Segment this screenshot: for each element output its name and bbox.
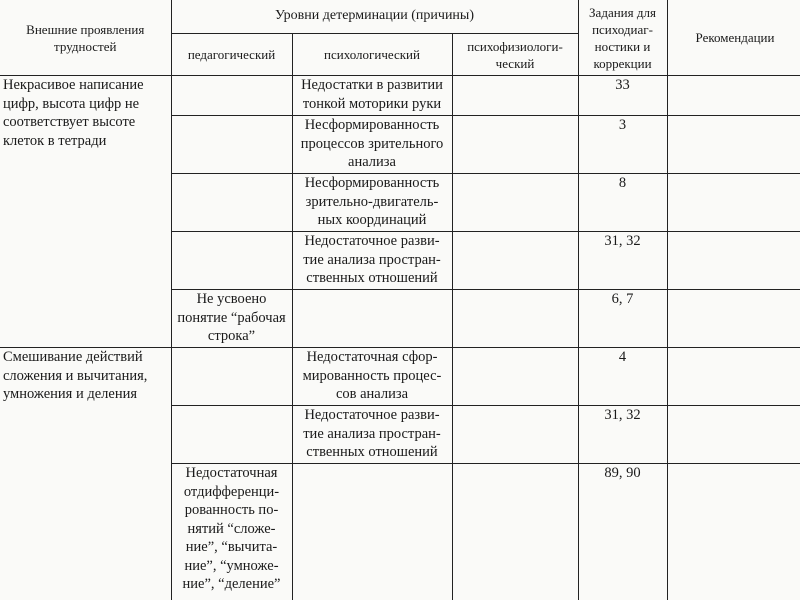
recommendations-cell bbox=[667, 464, 800, 600]
table-row: Смешивание действий сложения и вычитания… bbox=[0, 348, 800, 406]
psychological-cell: Несформированность зрительно-двигатель-н… bbox=[292, 174, 452, 232]
header-level-pedagogical: педагогический bbox=[171, 34, 292, 76]
psychological-cell bbox=[292, 290, 452, 348]
psychological-cell: Недостаточная сфор-мированность процес-с… bbox=[292, 348, 452, 406]
psychological-cell bbox=[292, 464, 452, 600]
pedagogical-cell bbox=[171, 406, 292, 464]
pedagogical-cell bbox=[171, 232, 292, 290]
manifestation-cell: Некрасивое написание цифр, высота цифр н… bbox=[0, 76, 171, 348]
recommendations-cell bbox=[667, 116, 800, 174]
tasks-cell: 31, 32 bbox=[578, 232, 667, 290]
psychological-cell: Несформированность процессов зрительного… bbox=[292, 116, 452, 174]
header-recommendations: Рекомендации bbox=[667, 0, 800, 76]
header-levels-group: Уровни детерминации (причины) bbox=[171, 0, 578, 34]
recommendations-cell bbox=[667, 406, 800, 464]
recommendations-cell bbox=[667, 232, 800, 290]
recommendations-cell bbox=[667, 290, 800, 348]
recommendations-cell bbox=[667, 348, 800, 406]
psychological-cell: Недостаточное разви-тие анализа простран… bbox=[292, 406, 452, 464]
header-manifestations: Внешние проявления трудностей bbox=[0, 0, 171, 76]
psychological-cell: Недостатки в развитии тонкой моторики ру… bbox=[292, 76, 452, 116]
psychophysiological-cell bbox=[452, 464, 578, 600]
tasks-cell: 8 bbox=[578, 174, 667, 232]
header-row-1: Внешние проявления трудностей Уровни дет… bbox=[0, 0, 800, 34]
header-level-psychological: психологический bbox=[292, 34, 452, 76]
psychophysiological-cell bbox=[452, 116, 578, 174]
pedagogical-cell bbox=[171, 116, 292, 174]
tasks-cell: 33 bbox=[578, 76, 667, 116]
table-row: Некрасивое написание цифр, высота цифр н… bbox=[0, 76, 800, 116]
psychophysiological-cell bbox=[452, 406, 578, 464]
tasks-cell: 89, 90 bbox=[578, 464, 667, 600]
recommendations-cell bbox=[667, 174, 800, 232]
tasks-cell: 6, 7 bbox=[578, 290, 667, 348]
tasks-cell: 4 bbox=[578, 348, 667, 406]
manifestation-cell: Смешивание действий сложения и вычитания… bbox=[0, 348, 171, 600]
psychophysiological-cell bbox=[452, 76, 578, 116]
header-tasks: Задания для психодиаг-ностики и коррекци… bbox=[578, 0, 667, 76]
psychological-cell: Недостаточное разви-тие анализа простран… bbox=[292, 232, 452, 290]
pedagogical-cell: Не усвоено понятие “рабочая строка” bbox=[171, 290, 292, 348]
psychophysiological-cell bbox=[452, 174, 578, 232]
header-level-psychophysiological: психофизиологи-ческий bbox=[452, 34, 578, 76]
pedagogical-cell: Недостаточная отдифференци-рованность по… bbox=[171, 464, 292, 600]
psychophysiological-cell bbox=[452, 290, 578, 348]
pedagogical-cell bbox=[171, 174, 292, 232]
pedagogical-cell bbox=[171, 76, 292, 116]
pedagogical-cell bbox=[171, 348, 292, 406]
tasks-cell: 3 bbox=[578, 116, 667, 174]
recommendations-cell bbox=[667, 76, 800, 116]
tasks-cell: 31, 32 bbox=[578, 406, 667, 464]
psychophysiological-cell bbox=[452, 348, 578, 406]
document-page: Внешние проявления трудностей Уровни дет… bbox=[0, 0, 800, 600]
difficulties-table: Внешние проявления трудностей Уровни дет… bbox=[0, 0, 800, 600]
psychophysiological-cell bbox=[452, 232, 578, 290]
